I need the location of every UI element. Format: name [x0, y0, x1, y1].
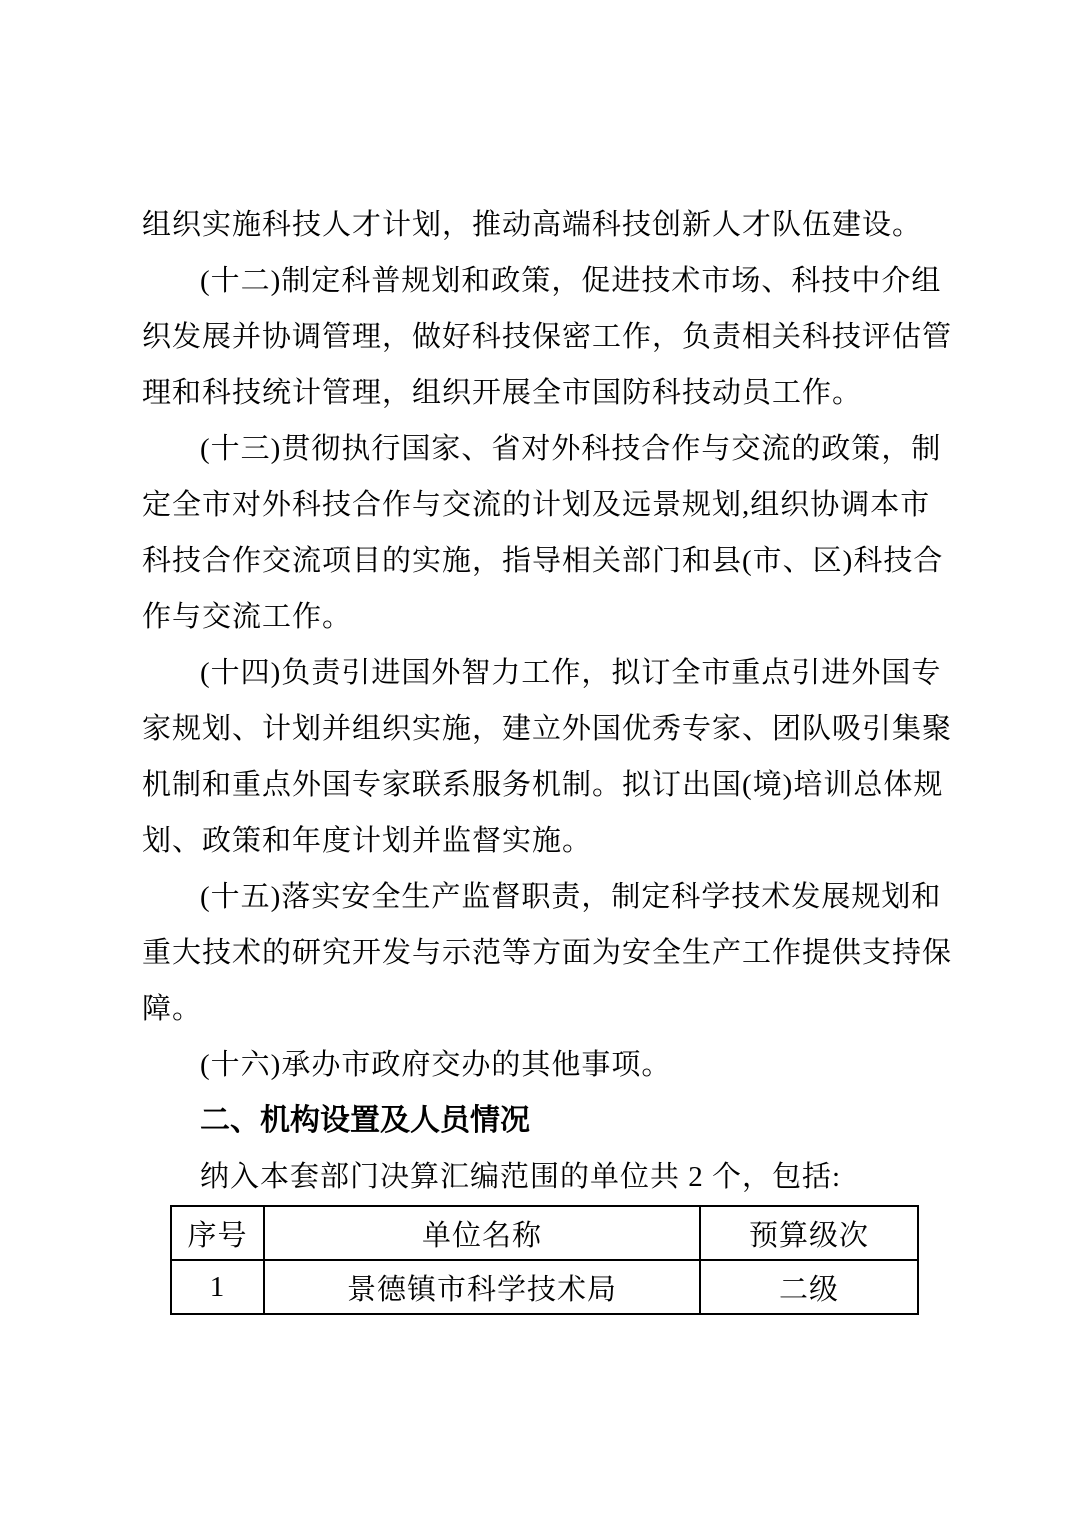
body-line: 织发展并协调管理，做好科技保密工作，负责相关科技评估管: [142, 309, 925, 365]
body-line: (十三)贯彻执行国家、省对外科技合作与交流的政策，制: [142, 421, 925, 477]
units-table: 序号 单位名称 预算级次 1 景德镇市科学技术局 二级: [170, 1205, 919, 1315]
body-line: 组织实施科技人才计划，推动高端科技创新人才队伍建设。: [142, 197, 925, 253]
body-line: 科技合作交流项目的实施，指导相关部门和县(市、区)科技合: [142, 533, 925, 589]
table-row: 1 景德镇市科学技术局 二级: [171, 1260, 918, 1314]
body-line: 划、政策和年度计划并监督实施。: [142, 813, 925, 869]
body-line: 家规划、计划并组织实施，建立外国优秀专家、团队吸引集聚: [142, 701, 925, 757]
table-header-row: 序号 单位名称 预算级次: [171, 1206, 918, 1260]
body-line: 作与交流工作。: [142, 589, 925, 645]
body-line: (十六)承办市政府交办的其他事项。: [142, 1037, 925, 1093]
body-line: 机制和重点外国专家联系服务机制。拟订出国(境)培训总体规: [142, 757, 925, 813]
table-header-cell-level: 预算级次: [700, 1206, 918, 1260]
table-cell-level: 二级: [700, 1260, 918, 1314]
table-header-cell-name: 单位名称: [264, 1206, 700, 1260]
body-line: 理和科技统计管理，组织开展全市国防科技动员工作。: [142, 365, 925, 421]
document-page: 组织实施科技人才计划，推动高端科技创新人才队伍建设。 (十二)制定科普规划和政策…: [0, 0, 1074, 1520]
body-line: (十五)落实安全生产监督职责，制定科学技术发展规划和: [142, 869, 925, 925]
intro-line: 纳入本套部门决算汇编范围的单位共 2 个，包括:: [142, 1149, 925, 1205]
section-heading: 二、机构设置及人员情况: [142, 1093, 925, 1149]
table-cell-index: 1: [171, 1260, 264, 1314]
body-line: 障。: [142, 981, 925, 1037]
body-line: 定全市对外科技合作与交流的计划及远景规划,组织协调本市: [142, 477, 925, 533]
body-line: (十四)负责引进国外智力工作，拟订全市重点引进外国专: [142, 645, 925, 701]
body-line: (十二)制定科普规划和政策，促进技术市场、科技中介组: [142, 253, 925, 309]
body-line: 重大技术的研究开发与示范等方面为安全生产工作提供支持保: [142, 925, 925, 981]
table-cell-name: 景德镇市科学技术局: [264, 1260, 700, 1314]
table-header-cell-index: 序号: [171, 1206, 264, 1260]
